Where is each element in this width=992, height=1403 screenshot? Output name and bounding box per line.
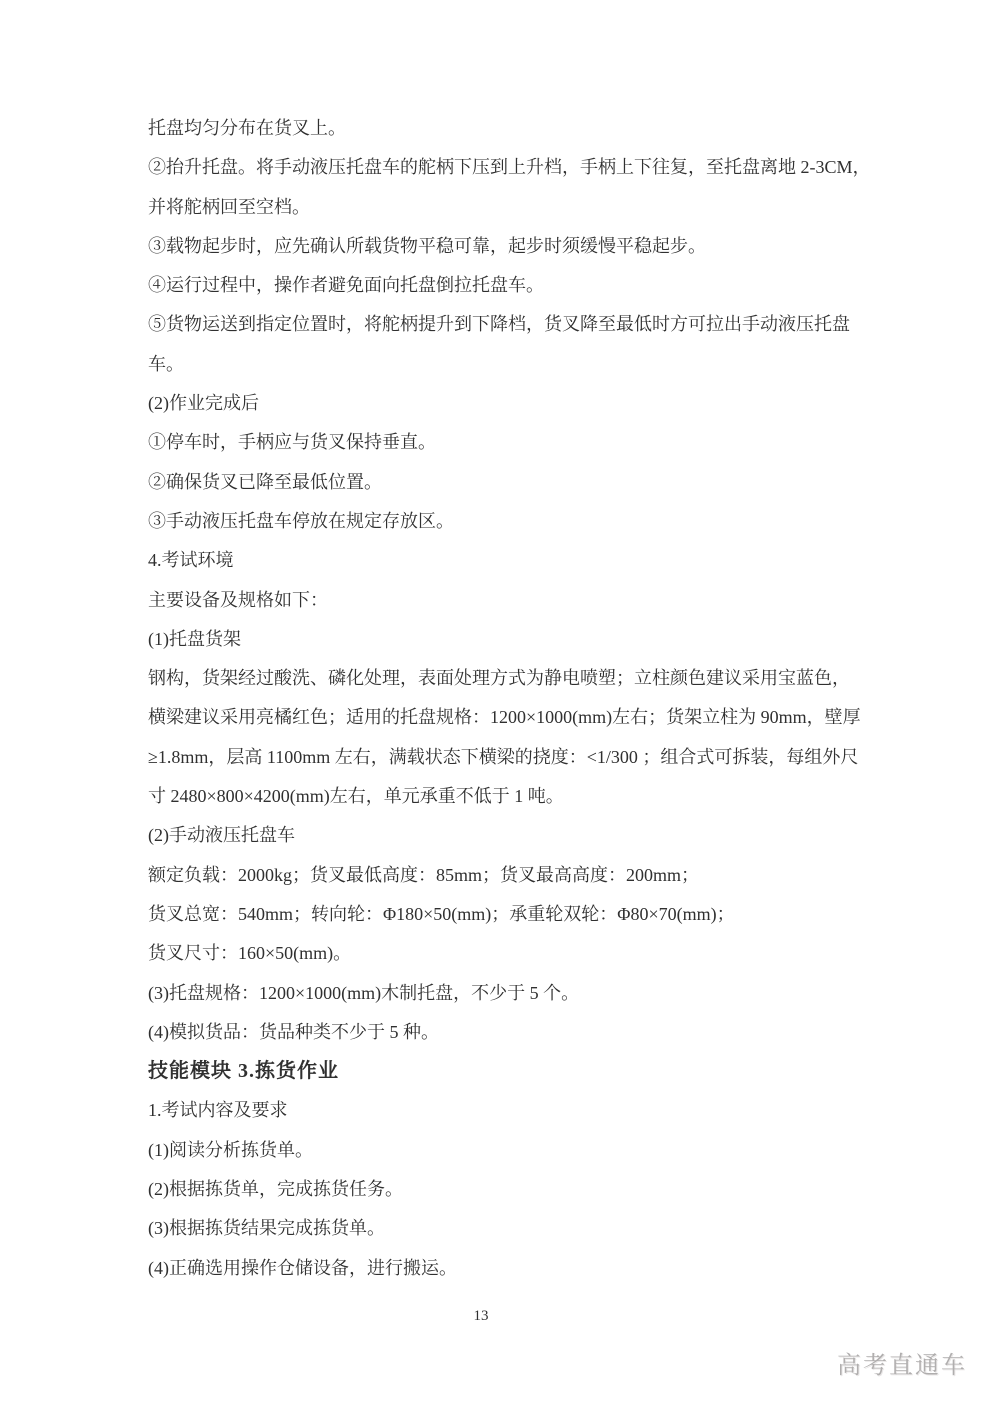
watermark: 高考直通车 <box>837 1345 967 1380</box>
doc-line: ②确保货叉已降至最低位置。 <box>148 463 890 502</box>
doc-line: 额定负载：2000kg；货叉最低高度：85mm；货叉最高高度：200mm； <box>148 856 890 895</box>
doc-line: ≥1.8mm，层高 1100mm 左右，满载状态下横梁的挠度：<1/300 ；组… <box>148 738 890 777</box>
doc-line: ②抬升托盘。将手动液压托盘车的舵柄下压到上升档，手柄上下往复，至托盘离地 2-3… <box>148 148 890 187</box>
doc-line: 钢构，货架经过酸洗、磷化处理，表面处理方式为静电喷塑；立柱颜色建议采用宝蓝色， <box>148 659 890 698</box>
section-heading: 技能模块 3.拣货作业 <box>148 1052 890 1091</box>
doc-line: 寸 2480×800×4200(mm)左右，单元承重不低于 1 吨。 <box>148 777 890 816</box>
doc-line: ③载物起步时，应先确认所载货物平稳可靠，起步时须缓慢平稳起步。 <box>148 227 890 266</box>
doc-line: (4)正确选用操作仓储设备，进行搬运。 <box>148 1249 890 1288</box>
doc-line: 4.考试环境 <box>148 541 890 580</box>
doc-line: (2)根据拣货单，完成拣货任务。 <box>148 1170 890 1209</box>
doc-line: ③手动液压托盘车停放在规定存放区。 <box>148 502 890 541</box>
doc-line: (3)托盘规格：1200×1000(mm)木制托盘，不少于 5 个。 <box>148 974 890 1013</box>
doc-line: (2)手动液压托盘车 <box>148 816 890 855</box>
doc-line: 货叉尺寸：160×50(mm)。 <box>148 934 890 973</box>
doc-line: 横梁建议采用亮橘红色；适用的托盘规格：1200×1000(mm)左右；货架立柱为… <box>148 698 890 737</box>
doc-line: (1)阅读分析拣货单。 <box>148 1131 890 1170</box>
doc-line: 货叉总宽：540mm；转向轮：Φ180×50(mm)；承重轮双轮：Φ80×70(… <box>148 895 890 934</box>
document-page: 托盘均匀分布在货叉上。②抬升托盘。将手动液压托盘车的舵柄下压到上升档，手柄上下往… <box>0 0 992 1403</box>
doc-line: 主要设备及规格如下： <box>148 581 890 620</box>
page-number: 13 <box>0 1308 962 1325</box>
doc-line: ①停车时，手柄应与货叉保持垂直。 <box>148 423 890 462</box>
doc-line: (3)根据拣货结果完成拣货单。 <box>148 1209 890 1248</box>
doc-line: ④运行过程中，操作者避免面向托盘倒拉托盘车。 <box>148 266 890 305</box>
doc-line: 托盘均匀分布在货叉上。 <box>148 109 890 148</box>
doc-line: 车。 <box>148 345 890 384</box>
doc-line: 1.考试内容及要求 <box>148 1091 890 1130</box>
doc-line: (1)托盘货架 <box>148 620 890 659</box>
doc-line: (2)作业完成后 <box>148 384 890 423</box>
doc-line: 并将舵柄回至空档。 <box>148 188 890 227</box>
doc-line: (4)模拟货品：货品种类不少于 5 种。 <box>148 1013 890 1052</box>
doc-line: ⑤货物运送到指定位置时，将舵柄提升到下降档，货叉降至最低时方可拉出手动液压托盘 <box>148 305 890 344</box>
document-body: 托盘均匀分布在货叉上。②抬升托盘。将手动液压托盘车的舵柄下压到上升档，手柄上下往… <box>148 109 890 1288</box>
